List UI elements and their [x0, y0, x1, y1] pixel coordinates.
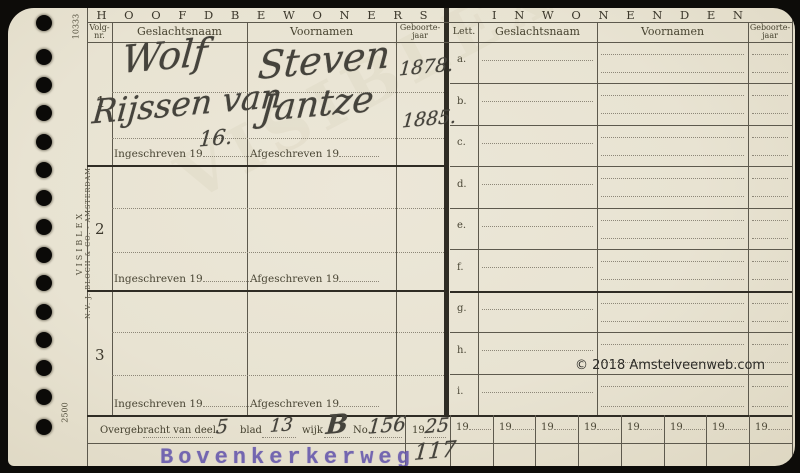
punch-hole	[36, 15, 52, 31]
year-prefix: 19	[412, 425, 425, 436]
lett-row-h: h.	[457, 345, 467, 356]
writing-line	[482, 101, 593, 102]
ingeschreven-label-row2: Ingeschreven 19	[114, 273, 251, 285]
colhead-volgnr-line2: nr.	[94, 32, 105, 40]
colhead-volgnr: Volg- nr.	[87, 22, 112, 42]
section-title-hoofdbewoners: H O O F D B E W O N E R S	[87, 9, 444, 22]
ingeschreven-label-row1: Ingeschreven 19	[114, 148, 251, 160]
lett-row-i: i.	[457, 386, 463, 397]
table-right-border	[792, 8, 793, 466]
handwritten-year: 25	[424, 414, 450, 438]
writing-line	[601, 406, 744, 407]
grid-vline	[535, 415, 536, 466]
table-left-border	[87, 8, 88, 466]
grid-vline	[112, 22, 113, 415]
writing-line	[752, 137, 788, 138]
writing-line	[752, 344, 788, 345]
writing-line	[601, 113, 744, 114]
grid-hline	[450, 125, 792, 126]
writing-line	[601, 279, 744, 280]
year-cell-label: 19	[541, 422, 554, 433]
afgeschreven-label-row3: Afgeschreven 19	[250, 398, 379, 410]
colhead-label: Geslachtsnaam	[495, 27, 580, 37]
writing-line	[752, 220, 788, 221]
punch-hole	[36, 419, 52, 435]
dotted-fill	[554, 421, 576, 430]
lett-row-e: e.	[457, 220, 466, 231]
label-text: Ingeschreven 19	[114, 398, 203, 410]
writing-line	[482, 267, 593, 268]
register-card: VISIBLEX 10333 VISIBLEX N.V. J. BLOCH & …	[8, 8, 795, 466]
writing-line	[752, 95, 788, 96]
handwritten-ingeschreven-year: 16.	[198, 124, 233, 151]
grid-hline	[450, 83, 792, 84]
print-number-bottom: 2500	[61, 388, 70, 438]
year-cell-label: 19	[456, 422, 469, 433]
colhead-geboortejaar-right: Geboorte- jaar	[748, 22, 792, 42]
writing-line	[752, 113, 788, 114]
wijk-label: wijk	[302, 425, 323, 436]
punch-hole	[36, 389, 52, 405]
writing-line	[752, 72, 788, 73]
year-cell: 19	[712, 421, 747, 433]
row-number-2: 2	[95, 220, 105, 238]
dotted-fill	[597, 421, 619, 430]
colhead-label: jaar	[762, 32, 778, 40]
writing-line	[601, 155, 744, 156]
writing-line	[482, 350, 593, 351]
writing-line	[601, 72, 744, 73]
dotted-fill	[339, 398, 379, 407]
writing-line	[482, 184, 593, 185]
handwritten-surname-1: Wolf	[120, 30, 209, 82]
writing-line	[482, 60, 593, 61]
dotted-fill	[683, 421, 705, 430]
row-divider	[87, 290, 444, 292]
punch-hole	[36, 49, 52, 65]
dotted-fill	[203, 398, 251, 407]
label-text: Afgeschreven 19	[250, 273, 339, 285]
afgeschreven-label-row2: Afgeschreven 19	[250, 273, 379, 285]
writing-line	[752, 178, 788, 179]
punch-hole	[36, 332, 52, 348]
colhead-label: Lett.	[453, 27, 476, 37]
handwritten-no: 156	[367, 411, 407, 439]
grid-vline	[748, 22, 749, 415]
overgebracht-label: Overgebracht van deel	[100, 425, 216, 436]
handwritten-firstname-2: Jantze	[258, 79, 375, 130]
year-cell-label: 19	[584, 422, 597, 433]
year-cell: 19	[499, 421, 534, 433]
dotted-fill	[640, 421, 662, 430]
writing-line	[112, 375, 444, 376]
row-number-3: 3	[95, 346, 105, 364]
year-cell-label: 19	[712, 422, 725, 433]
handwritten-blad: 13	[269, 414, 294, 437]
writing-line	[752, 406, 788, 407]
ingeschreven-label-row3: Ingeschreven 19	[114, 398, 251, 410]
writing-line	[752, 303, 788, 304]
punch-hole	[36, 360, 52, 376]
dotted-fill	[768, 421, 790, 430]
dotted-fill	[512, 421, 534, 430]
label-text: Afgeschreven 19	[250, 148, 339, 160]
year-cell: 19	[456, 421, 491, 433]
writing-line	[752, 54, 788, 55]
writing-line	[601, 95, 744, 96]
writing-line	[752, 279, 788, 280]
lett-row-c: c.	[457, 137, 466, 148]
print-number-top: 10333	[72, 8, 81, 55]
grid-vline	[493, 415, 494, 466]
grid-hline	[450, 249, 792, 250]
year-cell: 19	[755, 421, 790, 433]
writing-line	[601, 220, 744, 221]
grid-hline	[450, 374, 792, 375]
row-divider	[87, 165, 444, 167]
year-cell-label: 19	[627, 422, 640, 433]
blad-label: blad	[240, 425, 262, 436]
punch-hole	[36, 77, 52, 93]
handwritten-house-number: 117	[413, 437, 457, 466]
fill-line	[262, 437, 296, 438]
dotted-fill	[469, 421, 491, 430]
handwritten-deel: 5	[215, 415, 229, 438]
punch-hole	[36, 105, 52, 121]
punch-hole	[36, 162, 52, 178]
writing-line	[752, 261, 788, 262]
writing-line	[601, 321, 744, 322]
label-text: Ingeschreven 19	[114, 148, 203, 160]
maker-name: VISIBLEX	[75, 153, 84, 333]
year-cell-label: 19	[670, 422, 683, 433]
copyright-watermark: © 2018 Amstelveenweb.com	[575, 358, 765, 373]
writing-line	[601, 261, 744, 262]
writing-line	[601, 54, 744, 55]
dotted-fill	[339, 273, 379, 282]
section-title-inwonenden: I N W O N E N D E N	[450, 9, 792, 22]
writing-line	[112, 252, 444, 253]
colhead-voornamen-right: Voornamen	[597, 22, 748, 42]
year-cell-label: 19	[755, 422, 768, 433]
colhead-label: Voornamen	[641, 27, 704, 37]
writing-line	[482, 226, 593, 227]
year-cell: 19	[670, 421, 705, 433]
dotted-fill	[725, 421, 747, 430]
fill-line	[143, 437, 213, 438]
writing-line	[112, 208, 444, 209]
writing-line	[601, 196, 744, 197]
grid-vline	[597, 22, 598, 415]
dotted-fill	[203, 273, 251, 282]
colhead-geboortejaar-left: Geboorte- jaar	[396, 22, 444, 42]
writing-line	[601, 303, 744, 304]
colhead-label: jaar	[412, 32, 428, 40]
lett-row-d: d.	[457, 179, 467, 190]
address-stamp: Bovenkerkerweg	[160, 445, 415, 466]
colhead-geslachtsnaam-right: Geslachtsnaam	[478, 22, 597, 42]
lett-row-a: a.	[457, 54, 466, 65]
colhead-lett: Lett.	[450, 22, 478, 42]
writing-line	[482, 392, 593, 393]
grid-vline	[396, 22, 397, 415]
lett-row-g: g.	[457, 303, 467, 314]
grid-hline	[450, 291, 792, 293]
lett-row-b: b.	[457, 96, 467, 107]
grid-vline	[749, 415, 750, 466]
year-cell: 19	[541, 421, 576, 433]
grid-vline	[478, 22, 479, 415]
year-cell: 19	[627, 421, 662, 433]
grid-vline	[578, 415, 579, 466]
punch-hole	[36, 304, 52, 320]
dotted-fill	[339, 148, 379, 157]
grid-vline	[664, 415, 665, 466]
grid-vline	[706, 415, 707, 466]
maker-imprint: VISIBLEX N.V. J. BLOCH & CO. - AMSTERDAM	[75, 153, 93, 333]
lett-row-f: f.	[457, 262, 464, 273]
grid-hline	[450, 208, 792, 209]
writing-line	[601, 137, 744, 138]
writing-line	[601, 178, 744, 179]
writing-line	[752, 238, 788, 239]
handwritten-surname-2: Rijssen van	[91, 75, 284, 131]
writing-line	[752, 386, 788, 387]
label-text: Afgeschreven 19	[250, 398, 339, 410]
maker-address: N.V. J. BLOCH & CO. - AMSTERDAM	[84, 153, 93, 333]
grid-hline	[450, 166, 792, 167]
grid-vline	[621, 415, 622, 466]
label-text: Ingeschreven 19	[114, 273, 203, 285]
writing-line	[752, 321, 788, 322]
year-cell: 19	[584, 421, 619, 433]
writing-line	[482, 309, 593, 310]
writing-line	[601, 344, 744, 345]
writing-line	[601, 238, 744, 239]
punch-hole	[36, 190, 52, 206]
writing-line	[112, 138, 444, 139]
handwritten-wijk: B	[325, 409, 350, 441]
punch-hole	[36, 247, 52, 263]
writing-line	[112, 332, 444, 333]
writing-line	[752, 196, 788, 197]
punch-hole	[36, 134, 52, 150]
punch-hole	[36, 219, 52, 235]
grid-hline	[450, 332, 792, 333]
writing-line	[601, 386, 744, 387]
afgeschreven-label-row1: Afgeschreven 19	[250, 148, 379, 160]
writing-line	[752, 155, 788, 156]
writing-line	[482, 143, 593, 144]
punch-hole	[36, 275, 52, 291]
year-cell-label: 19	[499, 422, 512, 433]
